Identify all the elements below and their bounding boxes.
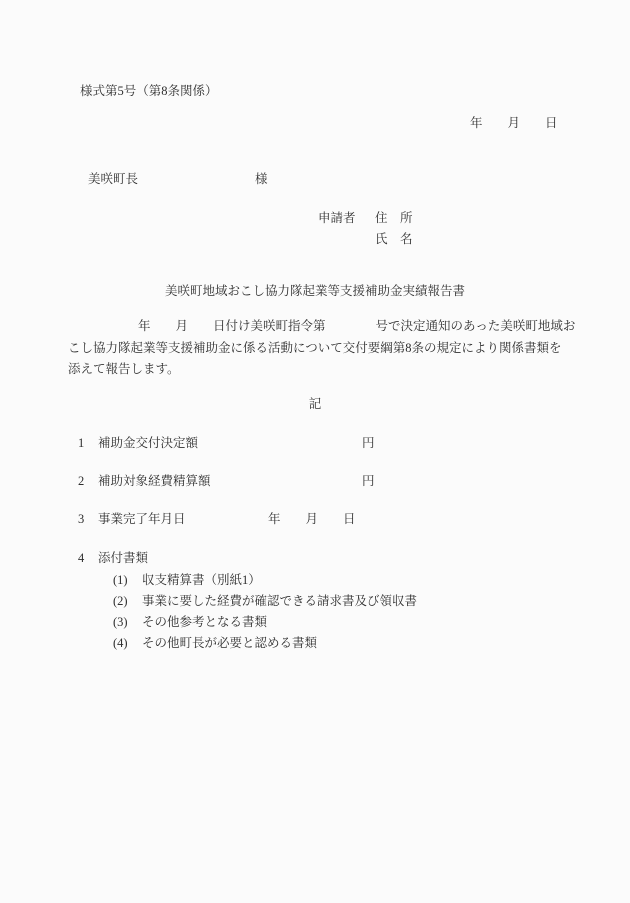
applicant-name-label: 氏 名 [375,232,413,246]
item-unit: 円 [362,436,375,450]
attachment-label: その他参考となる書類 [142,615,267,629]
item-unit: 円 [362,474,375,488]
addressee-name: 美咲町長 [88,172,138,186]
document-title: 美咲町地域おこし協力隊起業等支援補助金実績報告書 [0,284,630,298]
attachment-row-4: (4) その他町長が必要と認める書類 [0,636,630,654]
item-row-3: 3 事業完了年月日 年 月 日 [0,512,630,530]
form-number: 様式第5号（第8条関係） [80,84,218,98]
body-line-3: 添えて報告します。 [68,362,180,376]
item-row-2: 2 補助対象経費精算額 円 [0,474,630,492]
item-label: 補助金交付決定額 [98,436,198,450]
attachment-row-3: (3) その他参考となる書類 [0,615,630,633]
applicant-label: 申請者 [318,211,356,225]
item-label: 事業完了年月日 [98,512,186,526]
document-page: 様式第5号（第8条関係） 年 月 日 美咲町長 様 申請者 住 所 氏 名 美咲… [0,0,630,903]
applicant-address-label: 住 所 [375,211,413,225]
attachment-label: 収支精算書（別紙1） [142,573,261,587]
attachment-number: (3) [113,615,128,629]
attachment-row-2: (2) 事業に要した経費が確認できる請求書及び領収書 [0,594,630,612]
attachment-number: (4) [113,636,128,650]
attachment-number: (2) [113,594,128,608]
item-label: 添付書類 [98,551,148,565]
item-row-4: 4 添付書類 [0,551,630,569]
item-number: 4 [78,551,84,565]
attachment-row-1: (1) 収支精算書（別紙1） [0,573,630,591]
body-line-2: こし協力隊起業等支援補助金に係る活動について交付要綱第8条の規定により関係書類を [68,341,562,355]
item-number: 2 [78,474,84,488]
body-line-1: 年 月 日付け美咲町指令第 号で決定通知のあった美咲町地域お [138,319,575,333]
item-number: 3 [78,512,84,526]
attachment-number: (1) [113,573,128,587]
date-line: 年 月 日 [470,116,558,130]
attachment-label: 事業に要した経費が確認できる請求書及び領収書 [142,594,417,608]
item-row-1: 1 補助金交付決定額 円 [0,436,630,454]
item-date-fields: 年 月 日 [268,512,356,526]
item-number: 1 [78,436,84,450]
heading-ki: 記 [0,397,630,411]
item-label: 補助対象経費精算額 [98,474,211,488]
addressee-honorific: 様 [255,172,268,186]
attachment-label: その他町長が必要と認める書類 [142,636,317,650]
